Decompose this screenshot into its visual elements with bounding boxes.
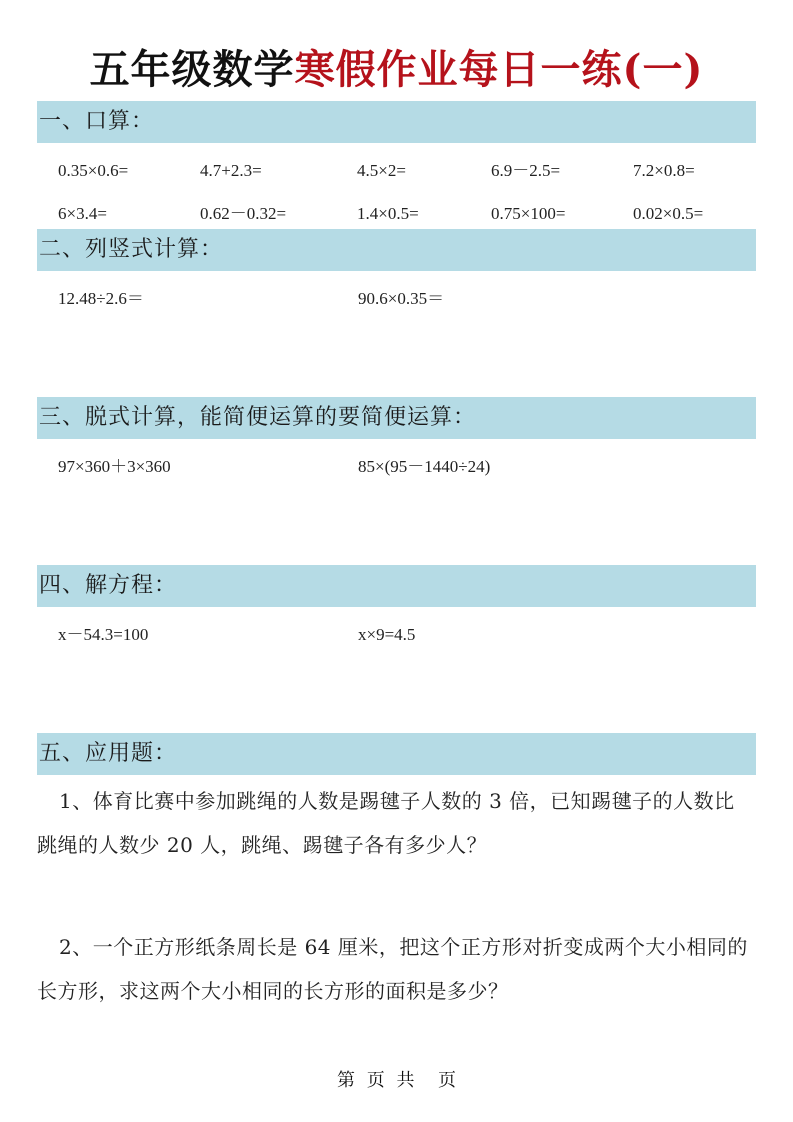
- problem-item: 90.6×0.35＝: [358, 288, 444, 310]
- section-header-step-calc: 三、脱式计算，能简便运算的要简便运算：: [37, 397, 756, 439]
- problem-item: 85×(95－1440÷24): [358, 456, 490, 478]
- section-header-mental-math: 一、口算：: [37, 101, 756, 143]
- footer-total-label: 共: [397, 1070, 415, 1091]
- problem-item: 6.9－2.5=: [491, 160, 560, 182]
- word-problem-line: 长方形，求这两个大小相同的长方形的面积是多少？: [37, 979, 509, 1003]
- title-homework-name: 寒假作业每日一练(一): [295, 46, 704, 93]
- problem-item: 6×3.4=: [58, 203, 107, 225]
- section-heading: 三、脱式计算，能简便运算的要简便运算：: [39, 397, 476, 439]
- word-problem-2: 2、一个正方形纸条周长是 64 厘米，把这个正方形对折变成两个大小相同的 长方形…: [37, 925, 757, 1013]
- footer-page-label: 第: [337, 1070, 355, 1091]
- footer-page-unit: 页: [367, 1070, 385, 1091]
- problem-item: 0.35×0.6=: [58, 160, 128, 182]
- section-heading: 一、口算：: [39, 101, 154, 143]
- worksheet-title: 五年级数学寒假作业每日一练(一): [0, 40, 793, 100]
- problem-item: 0.75×100=: [491, 203, 565, 225]
- section-heading: 四、解方程：: [39, 565, 177, 607]
- word-problem-1: 1、体育比赛中参加跳绳的人数是踢毽子人数的 3 倍，已知踢毽子的人数比 跳绳的人…: [37, 779, 757, 867]
- problem-item: 4.7+2.3=: [200, 160, 262, 182]
- word-problem-line: 1、体育比赛中参加跳绳的人数是踢毽子人数的 3 倍，已知踢毽子的人数比: [59, 789, 735, 813]
- problem-item: 4.5×2=: [357, 160, 406, 182]
- problem-item: 1.4×0.5=: [357, 203, 419, 225]
- word-problem-line: 跳绳的人数少 20 人，跳绳、踢毽子各有多少人？: [37, 833, 487, 857]
- word-problem-line: 2、一个正方形纸条周长是 64 厘米，把这个正方形对折变成两个大小相同的: [59, 935, 748, 959]
- section-header-vertical-calc: 二、列竖式计算：: [37, 229, 756, 271]
- page-footer: 第 页 共 页: [0, 1066, 793, 1092]
- problem-item: x－54.3=100: [58, 624, 148, 646]
- footer-total-unit: 页: [438, 1070, 456, 1091]
- title-grade-subject: 五年级数学: [90, 46, 295, 93]
- section-header-word-problems: 五、应用题：: [37, 733, 756, 775]
- problem-item: 97×360＋3×360: [58, 456, 171, 478]
- section-heading: 五、应用题：: [39, 733, 177, 775]
- problem-item: 7.2×0.8=: [633, 160, 695, 182]
- problem-item: 0.02×0.5=: [633, 203, 703, 225]
- section-header-equations: 四、解方程：: [37, 565, 756, 607]
- section-heading: 二、列竖式计算：: [39, 229, 223, 271]
- problem-item: 0.62－0.32=: [200, 203, 286, 225]
- problem-item: 12.48÷2.6＝: [58, 288, 144, 310]
- problem-item: x×9=4.5: [358, 624, 415, 646]
